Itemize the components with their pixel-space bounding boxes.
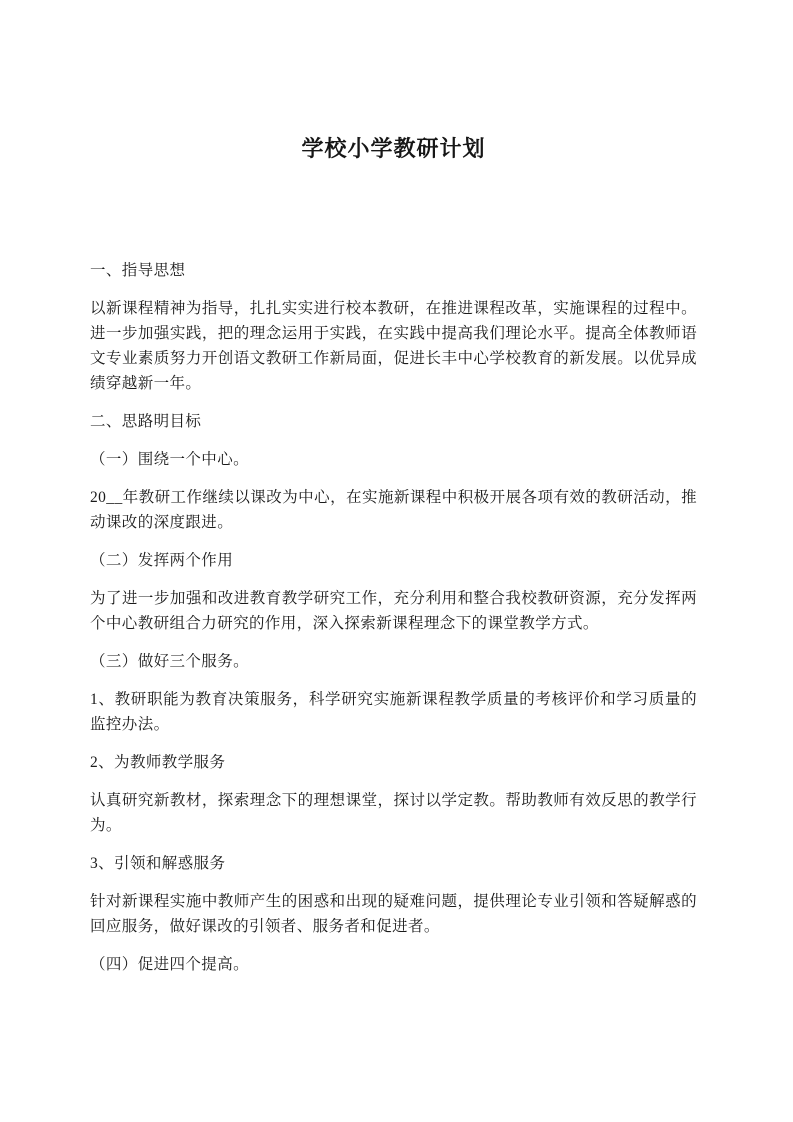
subheading-two: （二）发挥两个作用 xyxy=(90,548,697,573)
section-heading-1: 一、指导思想 xyxy=(90,258,697,283)
subheading-one: （一）围绕一个中心。 xyxy=(90,447,697,472)
document-page: 学校小学教研计划 一、指导思想 以新课程精神为指导，扎扎实实进行校本教研，在推进… xyxy=(0,0,793,1122)
paragraph-guiding: 以新课程精神为指导，扎扎实实进行校本教研，在推进课程改革，实施课程的过程中。进一… xyxy=(90,296,697,396)
subheading-three: （三）做好三个服务。 xyxy=(90,649,697,674)
subheading-four: （四）促进四个提高。 xyxy=(90,952,697,977)
list-item-service3: 3、引领和解惑服务 xyxy=(90,851,697,876)
document-title: 学校小学教研计划 xyxy=(90,134,697,164)
paragraph-service1: 1、教研职能为教育决策服务，科学研究实施新课程教学质量的考核评价和学习质量的监控… xyxy=(90,687,697,737)
list-item-service2: 2、为教师教学服务 xyxy=(90,750,697,775)
paragraph-roles: 为了进一步加强和改进教育教学研究工作，充分利用和整合我校教研资源，充分发挥两个中… xyxy=(90,586,697,636)
paragraph-center: 20__年教研工作继续以课改为中心，在实施新课程中积极开展各项有效的教研活动，推… xyxy=(90,485,697,535)
paragraph-service3: 针对新课程实施中教师产生的困惑和出现的疑难问题，提供理论专业引领和答疑解惑的回应… xyxy=(90,889,697,939)
paragraph-service2: 认真研究新教材，探索理念下的理想课堂，探讨以学定教。帮助教师有效反思的教学行为。 xyxy=(90,788,697,838)
section-heading-2: 二、思路明目标 xyxy=(90,409,697,434)
